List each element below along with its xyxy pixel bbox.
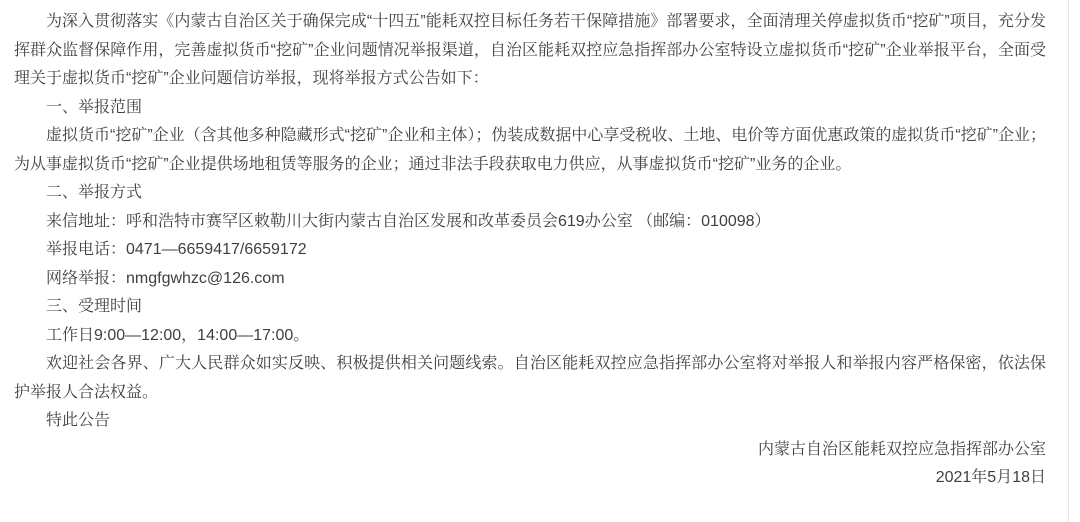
line-mail-address: 来信地址：呼和浩特市赛罕区敕勒川大街内蒙古自治区发展和改革委员会619办公室 （… — [14, 208, 1046, 237]
signature-date: 2021年5月18日 — [14, 464, 1046, 493]
signature-issuer: 内蒙古自治区能耗双控应急指挥部办公室 — [14, 436, 1046, 465]
heading-report-method: 二、举报方式 — [14, 179, 1046, 208]
line-report-phone: 举报电话：0471—6659417/6659172 — [14, 236, 1046, 265]
paragraph-report-scope: 虚拟货币“挖矿”企业（含其他多种隐藏形式“挖矿”企业和主体）；伪装成数据中心享受… — [14, 122, 1046, 179]
line-hereby-announced: 特此公告 — [14, 407, 1046, 436]
paragraph-intro: 为深入贯彻落实《内蒙古自治区关于确保完成“十四五”能耗双控目标任务若干保障措施》… — [14, 8, 1046, 94]
announcement-body: 为深入贯彻落实《内蒙古自治区关于确保完成“十四五”能耗双控目标任务若干保障措施》… — [0, 0, 1068, 493]
line-working-hours: 工作日9:00—12:00，14:00—17:00。 — [14, 322, 1046, 351]
heading-acceptance-time: 三、受理时间 — [14, 293, 1046, 322]
announcement-page: 为深入贯彻落实《内蒙古自治区关于确保完成“十四五”能耗双控目标任务若干保障措施》… — [0, 0, 1069, 522]
paragraph-confidentiality: 欢迎社会各界、广大人民群众如实反映、积极提供相关问题线索。自治区能耗双控应急指挥… — [14, 350, 1046, 407]
line-online-report-email: 网络举报：nmgfgwhzc@126.com — [14, 265, 1046, 294]
heading-report-scope: 一、举报范围 — [14, 94, 1046, 123]
